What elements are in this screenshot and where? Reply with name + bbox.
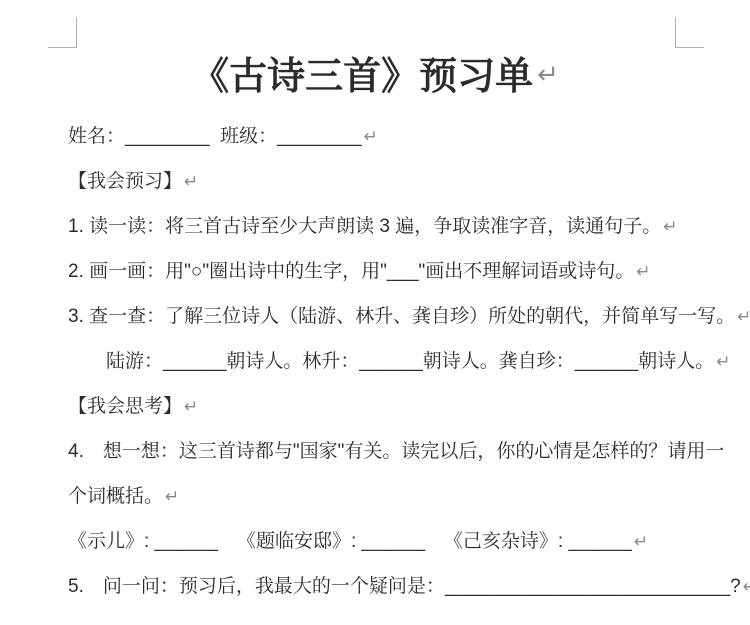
paragraph-mark-icon: ↵ [182, 172, 198, 192]
document-line: 4. 想一想：这三首诗都与"国家"有关。读完以后，你的心情是怎样的？请用一 [68, 429, 735, 474]
document-line: 【我会思考】↵ [68, 384, 735, 429]
document-line: 个词概括。↵ [68, 474, 735, 519]
line-text: 5. 问一问：预习后，我最大的一个疑问是：___________________… [68, 576, 741, 597]
line-text: 陆游：______朝诗人。林升：______朝诗人。龚自珍：______朝诗人。 [68, 351, 714, 372]
document-line: 5. 问一问：预习后，我最大的一个疑问是：___________________… [68, 564, 735, 609]
margin-crop-mark-top-left-icon [48, 17, 77, 48]
paragraph-mark-icon: ↵ [533, 60, 559, 90]
document-body: 姓名：________ 班级：________↵【我会预习】↵1. 读一读：将三… [68, 114, 735, 609]
line-text: 3. 查一查：了解三位诗人（陆游、林升、龚自珍）所处的朝代，并简单写一写。 [68, 306, 735, 327]
paragraph-mark-icon: ↵ [741, 577, 750, 597]
paragraph-mark-icon: ↵ [661, 217, 677, 237]
paragraph-mark-icon: ↵ [362, 127, 378, 147]
document-line: 陆游：______朝诗人。林升：______朝诗人。龚自珍：______朝诗人。… [68, 339, 735, 384]
document-title-row: 《古诗三首》预习单↵ [0, 48, 750, 104]
line-text: 个词概括。 [68, 486, 163, 507]
paragraph-mark-icon: ↵ [182, 397, 198, 417]
document-line: 《示儿》: ______ 《题临安邸》: ______ 《己亥杂诗》: ____… [68, 519, 735, 564]
document-line: 2. 画一画：用"○"圈出诗中的生字，用"___"画出不理解词语或诗句。↵ [68, 249, 735, 294]
document-line: 3. 查一查：了解三位诗人（陆游、林升、龚自珍）所处的朝代，并简单写一写。↵ [68, 294, 735, 339]
line-text: 【我会预习】 [68, 171, 182, 192]
document-line: 【我会预习】↵ [68, 159, 735, 204]
margin-crop-mark-top-right-icon [675, 17, 704, 48]
line-text: 2. 画一画：用"○"圈出诗中的生字，用"___"画出不理解词语或诗句。 [68, 261, 634, 282]
line-text: 《示儿》: ______ 《题临安邸》: ______ 《己亥杂诗》: ____… [68, 531, 632, 552]
paragraph-mark-icon: ↵ [735, 307, 750, 327]
document-line: 1. 读一读：将三首古诗至少大声朗读 3 遍，争取读准字音，读通句子。↵ [68, 204, 735, 249]
page-title: 《古诗三首》预习单 [191, 56, 533, 98]
paragraph-mark-icon: ↵ [634, 262, 650, 282]
paragraph-mark-icon: ↵ [163, 487, 179, 507]
document-page: 《古诗三首》预习单↵ 姓名：________ 班级：________↵【我会预习… [0, 0, 750, 625]
paragraph-mark-icon: ↵ [714, 352, 730, 372]
document-line: 姓名：________ 班级：________↵ [68, 114, 735, 159]
line-text: 4. 想一想：这三首诗都与"国家"有关。读完以后，你的心情是怎样的？请用一 [68, 441, 724, 462]
line-text: 【我会思考】 [68, 396, 182, 417]
paragraph-mark-icon: ↵ [632, 532, 648, 552]
line-text: 1. 读一读：将三首古诗至少大声朗读 3 遍，争取读准字音，读通句子。 [68, 216, 661, 237]
line-text: 姓名：________ 班级：________ [68, 126, 362, 147]
